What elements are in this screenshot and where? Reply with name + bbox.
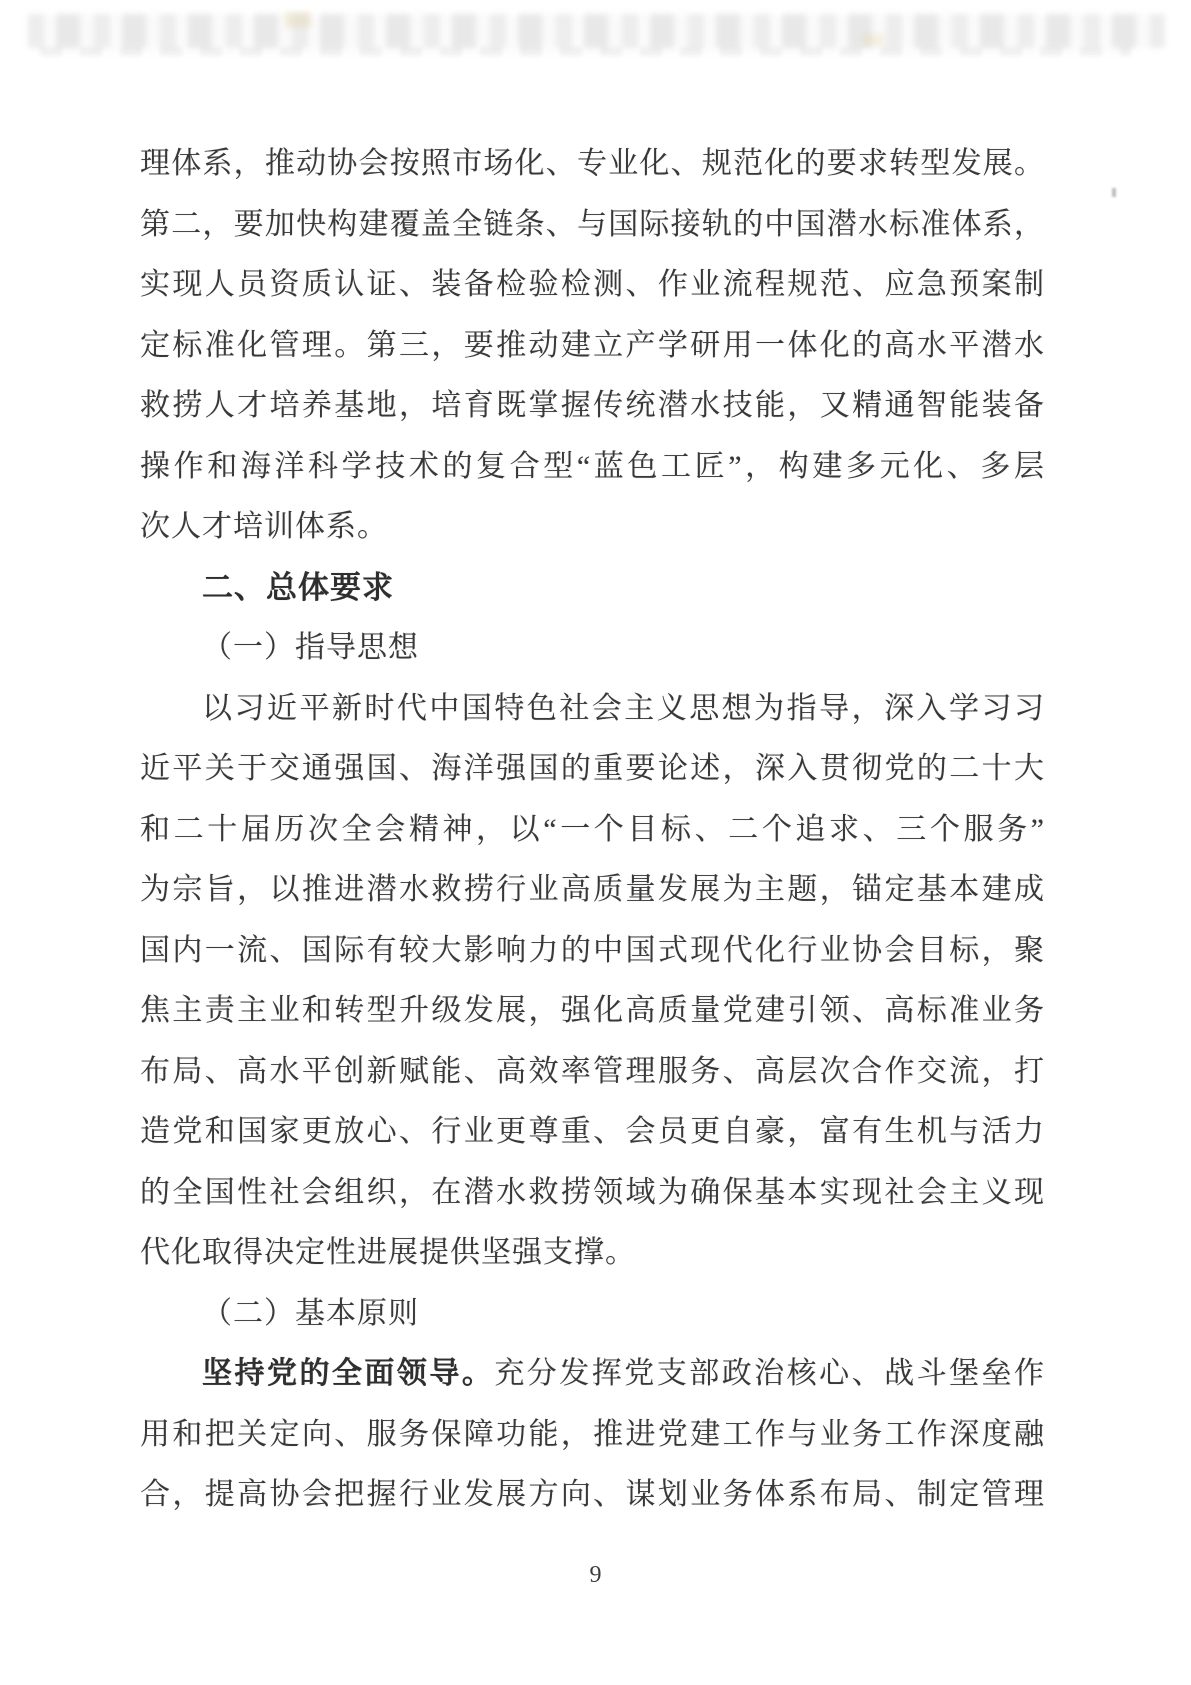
body-line: 近平关于交通强国、海洋强国的重要论述，深入贯彻党的二十大 (140, 739, 1045, 800)
section-heading: 二、总体要求 (140, 558, 1045, 619)
body-line: 实现人员资质认证、装备检验检测、作业流程规范、应急预案制 (140, 255, 1045, 316)
body-line: 布局、高水平创新赋能、高效率管理服务、高层次合作交流，打 (140, 1042, 1045, 1103)
scan-bleedthrough-band-secondary (40, 47, 1131, 56)
subsection-heading: （一）指导思想 (140, 618, 1045, 679)
subsection-heading: （二）基本原则 (140, 1284, 1045, 1345)
body-line: 定标准化管理。第三，要推动建立产学研用一体化的高水平潜水 (140, 316, 1045, 377)
scan-noise-dot (1112, 188, 1116, 197)
body-line: 用和把关定向、服务保障功能，推进党建工作与业务工作深度融 (140, 1405, 1045, 1466)
body-line: 合，提高协会把握行业发展方向、谋划业务体系布局、制定管理 (140, 1465, 1045, 1526)
body-line: 第二，要加快构建覆盖全链条、与国际接轨的中国潜水标准体系， (140, 195, 1045, 256)
body-line-with-emphasis: 坚持党的全面领导。充分发挥党支部政治核心、战斗堡垒作 (140, 1344, 1045, 1405)
body-line: 造党和国家更放心、行业更尊重、会员更自豪，富有生机与活力 (140, 1102, 1045, 1163)
scan-stain-spot (862, 34, 884, 46)
document-body: 理体系，推动协会按照市场化、专业化、规范化的要求转型发展。 第二，要加快构建覆盖… (140, 134, 1045, 1526)
scan-bleedthrough-band (28, 14, 1165, 48)
body-line: 代化取得决定性进展提供坚强支撑。 (140, 1223, 1045, 1284)
body-line: 焦主责主业和转型升级发展，强化高质量党建引领、高标准业务 (140, 981, 1045, 1042)
emphasis-lead-text: 坚持党的全面领导。 (202, 1357, 494, 1390)
body-line: 救捞人才培养基地，培育既掌握传统潜水技能，又精通智能装备 (140, 376, 1045, 437)
body-line: 以习近平新时代中国特色社会主义思想为指导，深入学习习 (140, 679, 1045, 740)
body-line: 操作和海洋科学技术的复合型“蓝色工匠”，构建多元化、多层 (140, 437, 1045, 498)
body-line: 为宗旨，以推进潜水救捞行业高质量发展为主题，锚定基本建成 (140, 860, 1045, 921)
body-line: 理体系，推动协会按照市场化、专业化、规范化的要求转型发展。 (140, 134, 1045, 195)
body-line: 次人才培训体系。 (140, 497, 1045, 558)
body-line: 和二十届历次全会精神，以“一个目标、二个追求、三个服务” (140, 800, 1045, 861)
scanned-document-page: { "colors": { "paper": "#ffffff", "text"… (0, 0, 1191, 1685)
body-line: 国内一流、国际有较大影响力的中国式现代化行业协会目标，聚 (140, 921, 1045, 982)
page-number: 9 (0, 1562, 1191, 1589)
emphasis-rest-text: 充分发挥党支部政治核心、战斗堡垒作 (494, 1357, 1045, 1390)
scan-stain-spot (285, 12, 311, 28)
body-line: 的全国性社会组织，在潜水救捞领域为确保基本实现社会主义现 (140, 1163, 1045, 1224)
